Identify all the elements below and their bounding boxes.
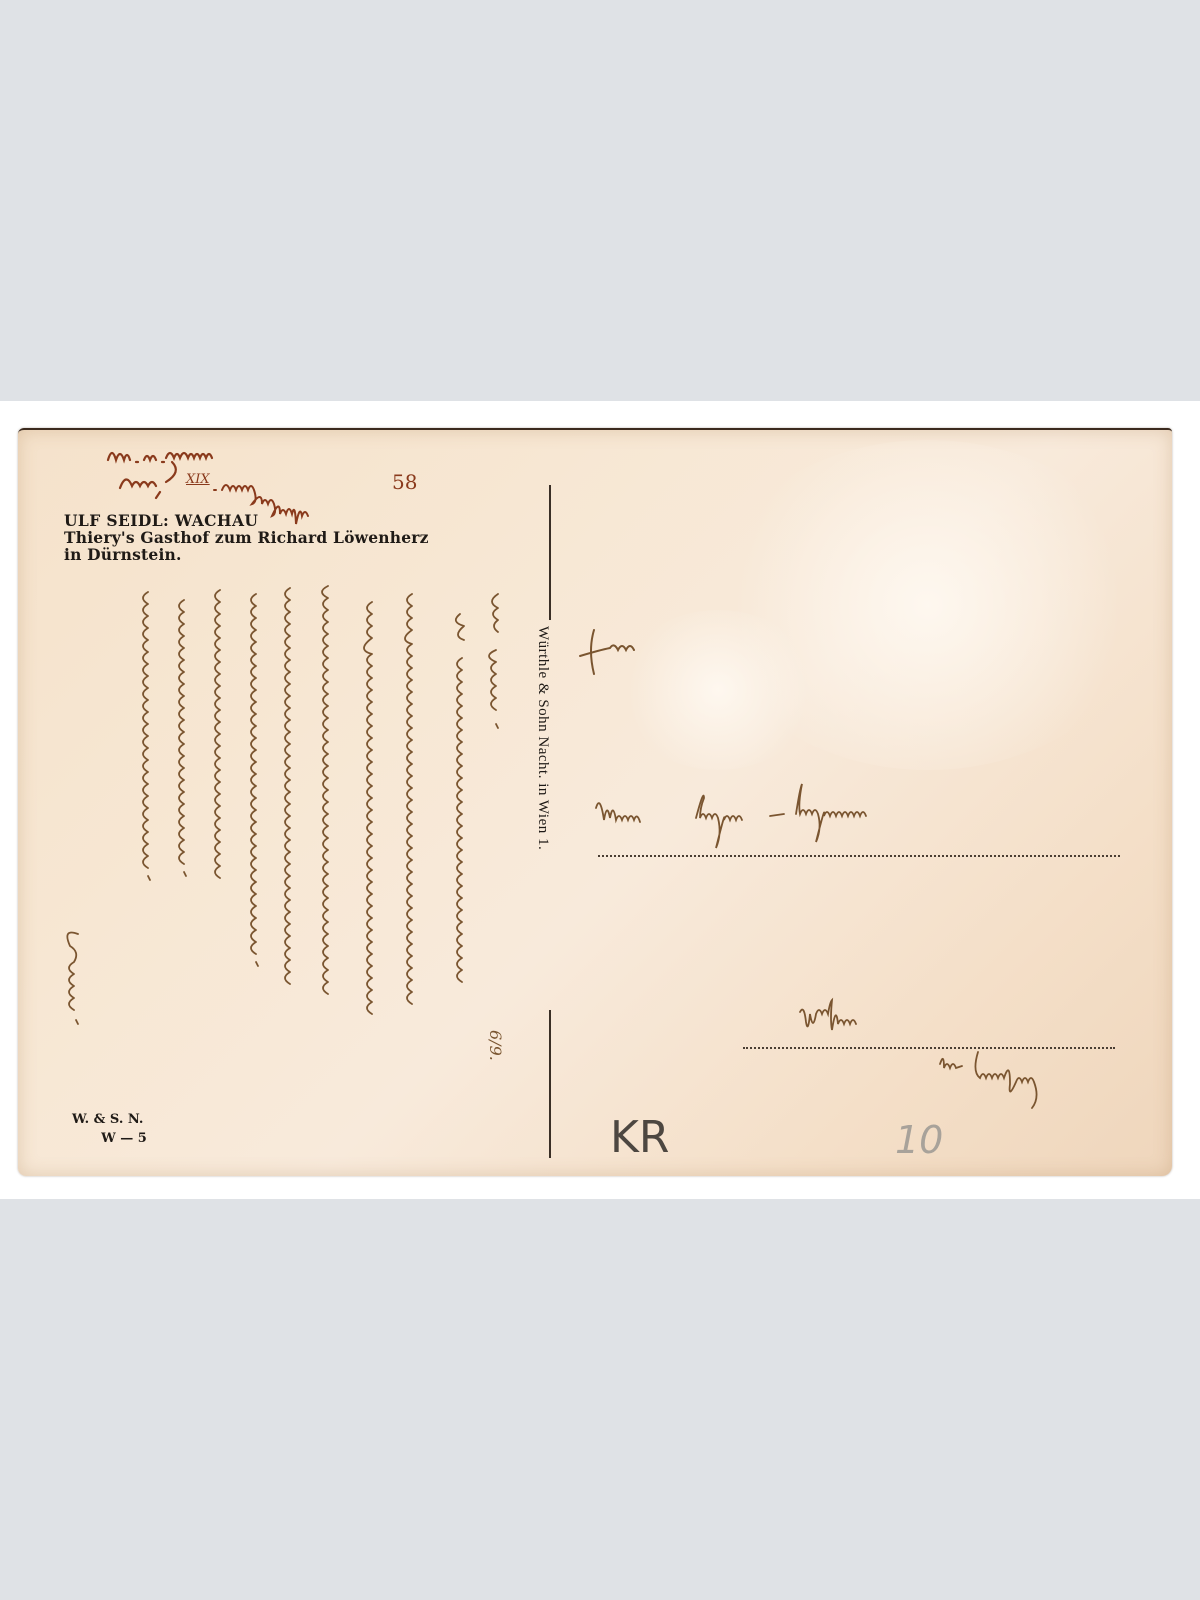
address-line-1: [598, 855, 1120, 857]
paper-stain: [618, 610, 818, 770]
message-date: 6/9.: [486, 1030, 505, 1061]
center-divider-top: [549, 485, 551, 620]
pencil-initials: KR: [610, 1112, 669, 1163]
city-handwriting: [796, 1000, 936, 1060]
message-handwriting: [60, 580, 520, 1040]
region-handwriting: [936, 1044, 1106, 1104]
publisher-code-line-1: W. & S. N.: [72, 1112, 192, 1127]
sender-house-number: 58: [392, 470, 417, 494]
caption-line-2: in Dürnstein.: [64, 545, 182, 564]
pencil-number: 10: [895, 1118, 943, 1162]
publisher-code-line-2: W — 5: [84, 1131, 164, 1146]
center-divider-bottom: [549, 1010, 551, 1158]
address-salutation-handwriting: [570, 626, 640, 696]
sender-district: XIX: [186, 472, 210, 487]
publisher-imprint: Würthle & Sohn Nacht. in Wien 1.: [534, 626, 551, 850]
sender-street-handwriting: [210, 474, 380, 504]
